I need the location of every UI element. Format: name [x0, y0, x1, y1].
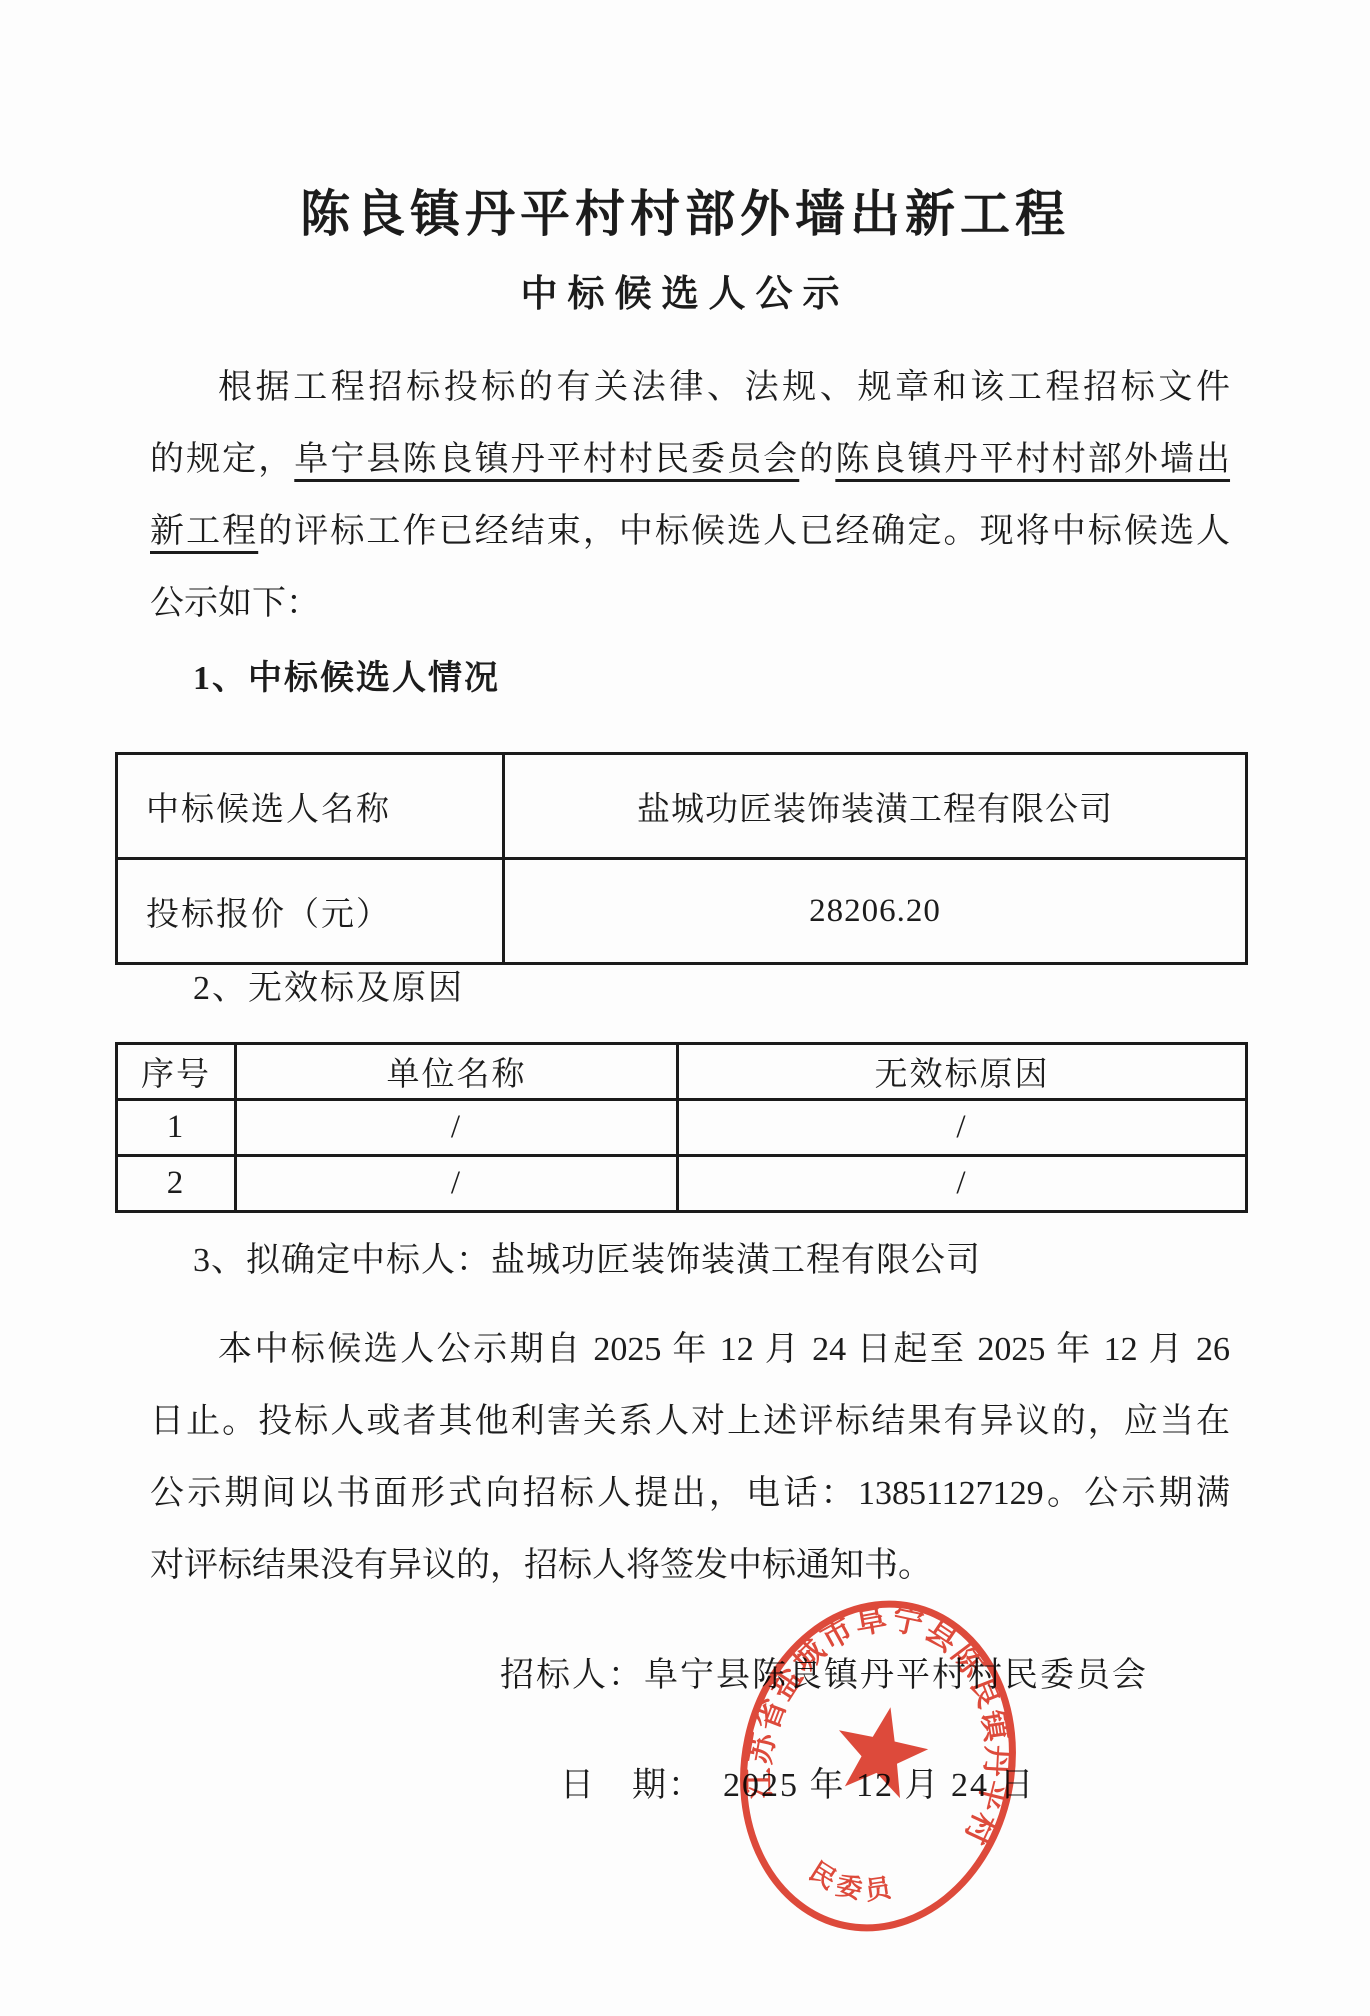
- column-header: 单位名称: [236, 1044, 678, 1100]
- text-segment: 的: [799, 441, 835, 478]
- table-row: 投标报价（元）28206.20: [117, 859, 1247, 964]
- row-label: 投标报价（元）: [117, 859, 504, 964]
- seal-ring-text-bottom: 村民委员会: [694, 1559, 968, 1913]
- paragraph-line: 本中标候选人公示期自 2025 年 12 月 24 日起至 2025 年 12 …: [150, 1314, 1230, 1386]
- table-cell: 1: [117, 1100, 236, 1156]
- underlined-text: 陈良镇丹平村村部外墙出: [835, 441, 1230, 478]
- underlined-text: 阜宁县陈良镇丹平村村民委员会: [294, 441, 799, 478]
- table-cell: /: [678, 1156, 1247, 1212]
- bidder-signature-line: 招标人：阜宁县陈良镇丹平村村民委员会: [500, 1652, 1148, 1700]
- document-title: 陈良镇丹平村村部外墙出新工程: [0, 178, 1370, 250]
- table-cell: /: [236, 1100, 678, 1156]
- header-row: 序号单位名称无效标原因: [117, 1044, 1247, 1100]
- paragraph-line: 公示如下：: [150, 568, 1230, 640]
- underlined-text: 新工程: [150, 513, 258, 550]
- paragraph-line: 新工程的评标工作已经结束，中标候选人已经确定。现将中标候选人: [150, 496, 1230, 568]
- table-row: 1//: [117, 1100, 1247, 1156]
- row-value: 盐城功匠装饰装潢工程有限公司: [504, 754, 1247, 859]
- table-cell: /: [678, 1100, 1247, 1156]
- paragraph-line: 日止。投标人或者其他利害关系人对上述评标结果有异议的，应当在: [150, 1386, 1230, 1458]
- section-2-heading: 2、无效标及原因: [193, 966, 464, 1012]
- text-segment: 公示期间以书面形式向招标人提出，电话：13851127129。公示期满: [150, 1475, 1230, 1512]
- date-signature-line: 日 期： 2025 年 12 月 24 日: [560, 1762, 1036, 1810]
- table-cell: /: [236, 1156, 678, 1212]
- text-segment: 的评标工作已经结束，中标候选人已经确定。现将中标候选人: [258, 513, 1230, 550]
- document-subtitle: 中标候选人公示: [0, 264, 1370, 326]
- table-cell: 2: [117, 1156, 236, 1212]
- text-segment: 公示如下：: [150, 585, 320, 622]
- intro-paragraph: 根据工程招标投标的有关法律、法规、规章和该工程招标文件的规定，阜宁县陈良镇丹平村…: [150, 352, 1230, 640]
- text-segment: 日止。投标人或者其他利害关系人对上述评标结果有异议的，应当在: [150, 1403, 1230, 1440]
- announcement-document: 陈良镇丹平村村部外墙出新工程 中标候选人公示 根据工程招标投标的有关法律、法规、…: [0, 0, 1370, 2016]
- row-value: 28206.20: [504, 859, 1247, 964]
- invalid-table-body: 1//2//: [117, 1100, 1247, 1212]
- seal-ring-text-top: 江苏省盐城市阜宁县陈良镇丹平村: [733, 1576, 1045, 1853]
- text-segment: 对评标结果没有异议的，招标人将签发中标通知书。: [150, 1547, 932, 1584]
- paragraph-line: 公示期间以书面形式向招标人提出，电话：13851127129。公示期满: [150, 1458, 1230, 1530]
- table-row: 中标候选人名称盐城功匠装饰装潢工程有限公司: [117, 754, 1247, 859]
- column-header: 无效标原因: [678, 1044, 1247, 1100]
- column-header: 序号: [117, 1044, 236, 1100]
- closing-paragraph: 本中标候选人公示期自 2025 年 12 月 24 日起至 2025 年 12 …: [150, 1314, 1230, 1602]
- text-segment: 的规定，: [150, 441, 294, 478]
- paragraph-line: 对评标结果没有异议的，招标人将签发中标通知书。: [150, 1530, 1230, 1602]
- row-label: 中标候选人名称: [117, 754, 504, 859]
- winning-candidate-table: 中标候选人名称盐城功匠装饰装潢工程有限公司投标报价（元）28206.20: [115, 752, 1248, 965]
- invalid-table-header: 序号单位名称无效标原因: [117, 1044, 1247, 1100]
- candidate-table-body: 中标候选人名称盐城功匠装饰装潢工程有限公司投标报价（元）28206.20: [117, 754, 1247, 964]
- invalid-bids-table: 序号单位名称无效标原因 1//2//: [115, 1042, 1248, 1213]
- paragraph-line: 根据工程招标投标的有关法律、法规、规章和该工程招标文件: [150, 352, 1230, 424]
- section-3-heading: 3、拟确定中标人：盐城功匠装饰装潢工程有限公司: [193, 1238, 981, 1284]
- table-row: 2//: [117, 1156, 1247, 1212]
- text-segment: 本中标候选人公示期自 2025 年 12 月 24 日起至 2025 年 12 …: [218, 1331, 1230, 1368]
- text-segment: 根据工程招标投标的有关法律、法规、规章和该工程招标文件: [218, 369, 1230, 406]
- section-1-heading: 1、中标候选人情况: [193, 656, 500, 702]
- paragraph-line: 的规定，阜宁县陈良镇丹平村村民委员会的陈良镇丹平村村部外墙出: [150, 424, 1230, 496]
